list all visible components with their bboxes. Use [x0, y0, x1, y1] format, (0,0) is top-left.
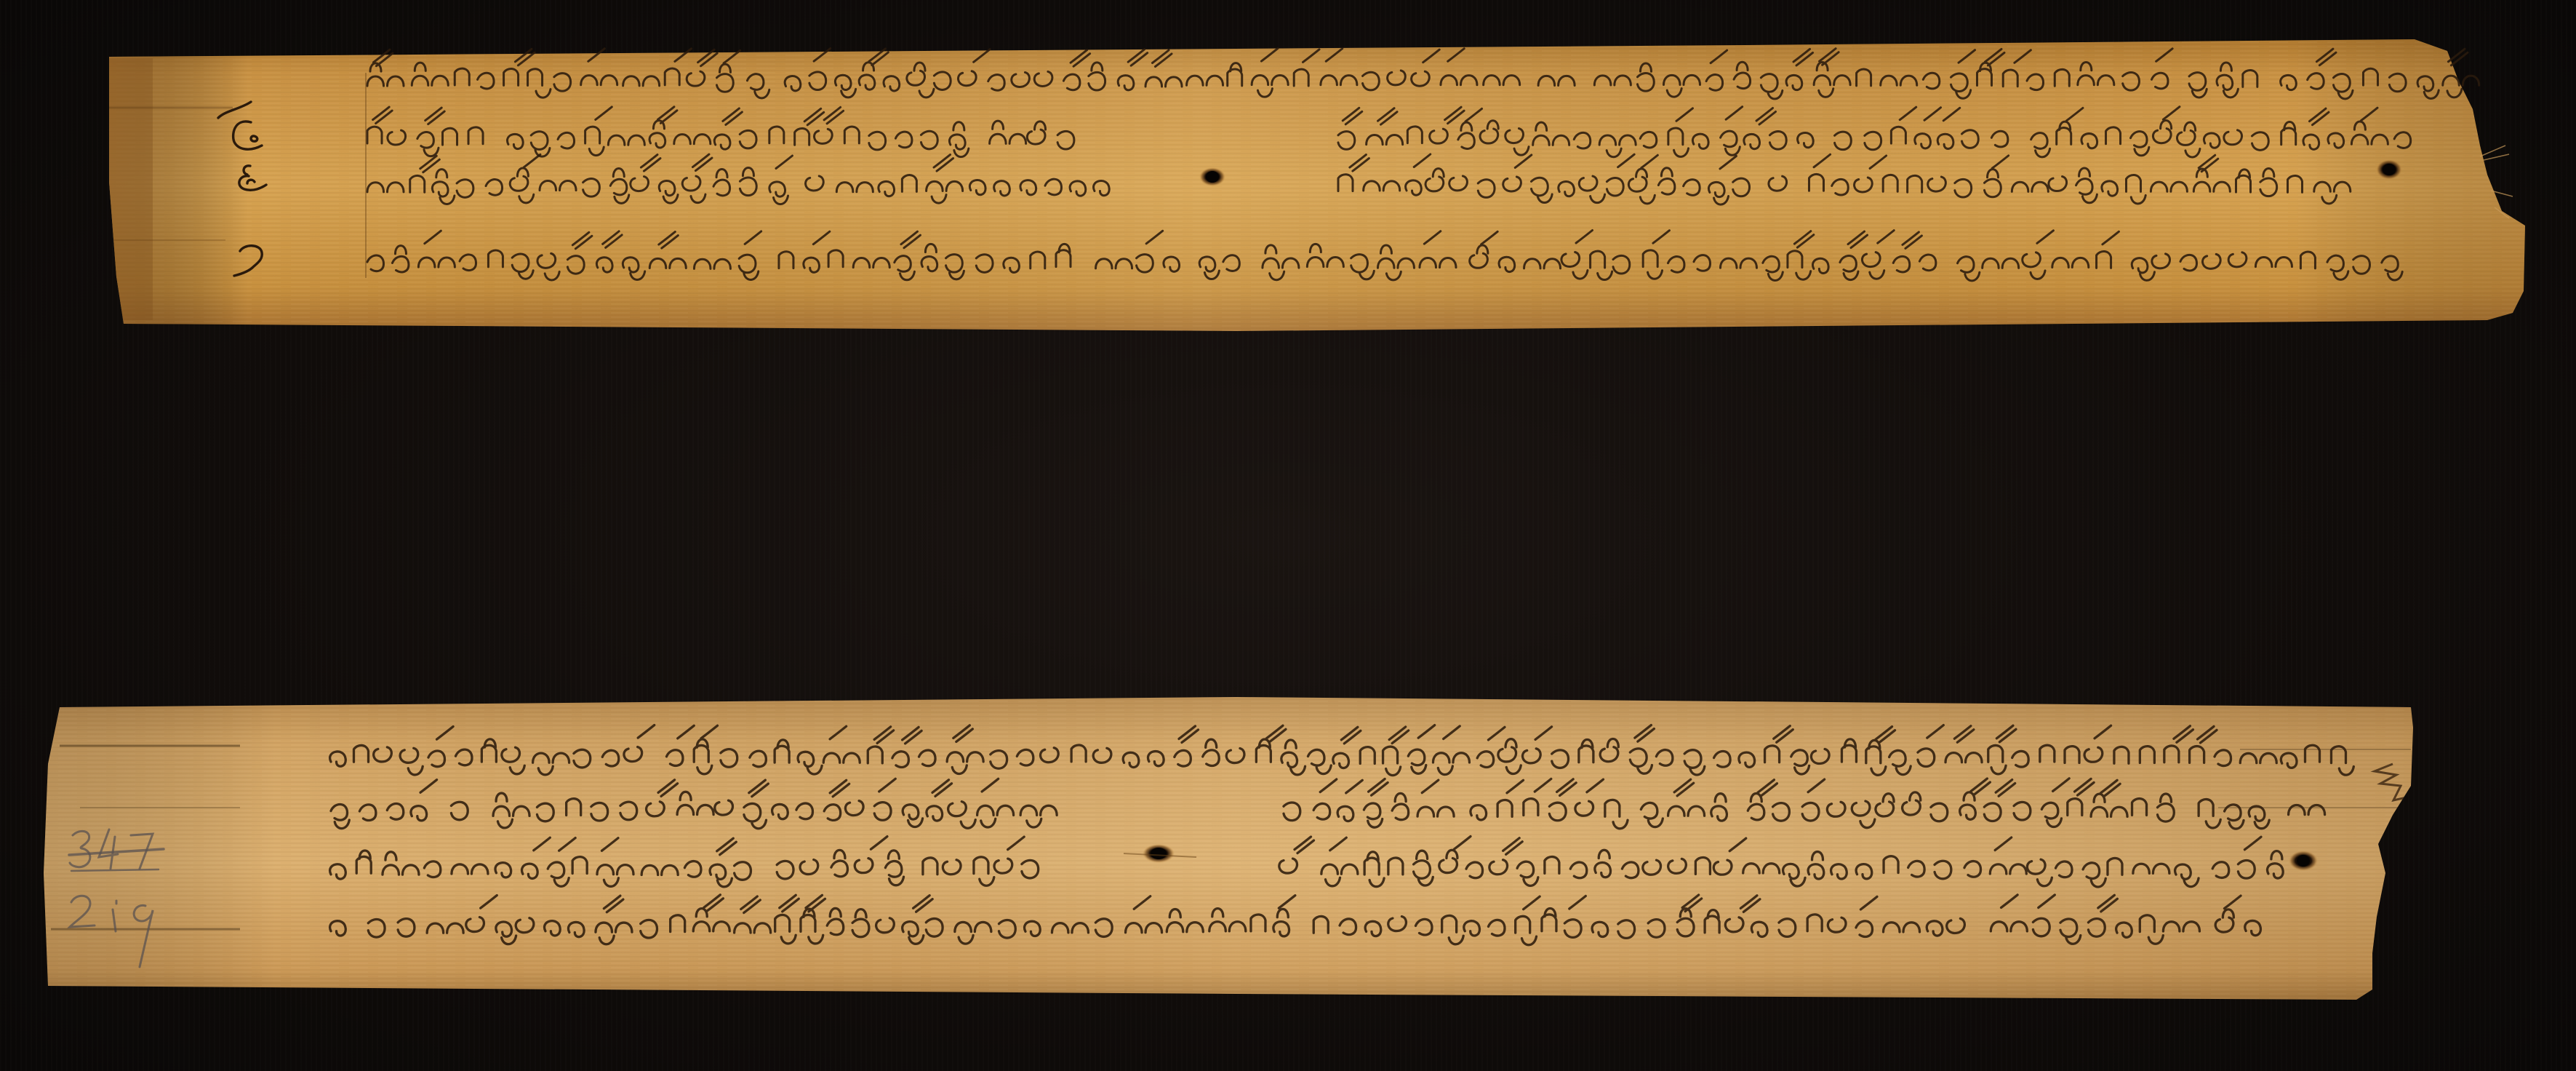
manuscript-photo	[0, 0, 2576, 1071]
bottom-leaf	[36, 691, 2436, 1004]
bottom-leaf-line-4: သဝဂ္ဂို ဟွ်ဃ် တဂါ ဂါဂဏှ ဂ္ဂိ ဂေဝဒ္ဒ၁ဂံ ဂ…	[0, 0, 33, 1]
